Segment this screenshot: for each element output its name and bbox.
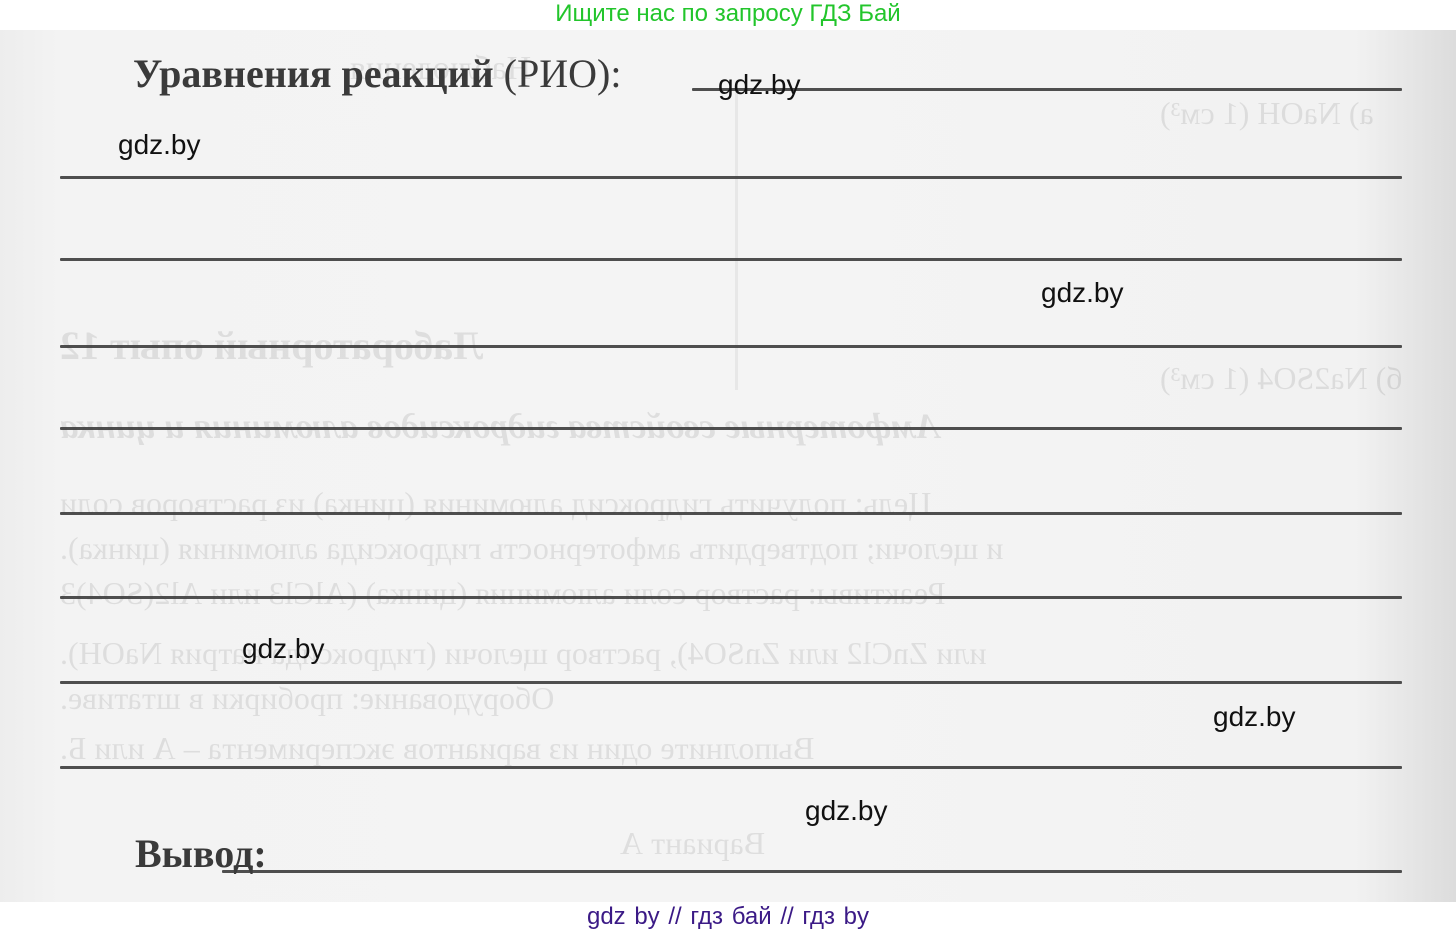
reaction-equations-heading: Уравнения реакций (РИО): <box>133 50 621 97</box>
watermark: gdz.by <box>1213 702 1296 732</box>
answer-line[interactable] <box>60 176 1402 179</box>
bleed-text: Реактивы: раствор соли алюминия (цинка) … <box>60 575 946 612</box>
watermark: gdz.by <box>1041 278 1124 308</box>
workbook-page-scan: Наблюдения Лабораторный опыт 12 Амфотерн… <box>0 30 1456 902</box>
search-hint-banner: Ищите нас по запросу ГДЗ Бай <box>0 0 1456 30</box>
bleed-text: б) Na2SO4 (1 см³) <box>1160 360 1403 397</box>
answer-line[interactable] <box>60 766 1402 769</box>
bleed-text: Цель: получить гидроксид алюминия (цинка… <box>60 485 931 522</box>
bleed-text: Вариант А <box>620 825 765 862</box>
answer-line[interactable] <box>60 345 1402 348</box>
answer-line[interactable] <box>60 596 1402 599</box>
site-name-banner: gdz by // гдз бай // гдз by <box>0 902 1456 934</box>
watermark: gdz.by <box>242 634 325 664</box>
answer-line[interactable] <box>60 258 1402 261</box>
bleed-text: а) NaOH (1 см³) <box>1160 95 1374 132</box>
bleed-text: Оборудование: пробирки в штативе. <box>60 680 554 717</box>
answer-line[interactable] <box>60 427 1402 430</box>
answer-line[interactable] <box>60 512 1402 515</box>
conclusion-answer-line[interactable] <box>222 870 1402 873</box>
watermark: gdz.by <box>805 796 888 826</box>
heading-bold-text: Уравнения реакций <box>133 51 494 96</box>
bleed-text: или ZnCl2 или ZnSO4), раствор щелочи (ги… <box>60 635 986 672</box>
watermark: gdz.by <box>118 130 201 160</box>
reverse-side-bleed-through: Наблюдения Лабораторный опыт 12 Амфотерн… <box>0 30 1456 902</box>
bleed-text: и щелочи; подтвердить амфотерность гидро… <box>60 530 1003 567</box>
answer-line[interactable] <box>60 681 1402 684</box>
bleed-text: Выполните один из вариантов эксперимента… <box>60 730 814 767</box>
heading-paren-text: (РИО): <box>504 51 622 96</box>
watermark: gdz.by <box>718 70 801 100</box>
bleed-text: Амфотерные свойства гидроксидов алюминия… <box>60 405 939 447</box>
